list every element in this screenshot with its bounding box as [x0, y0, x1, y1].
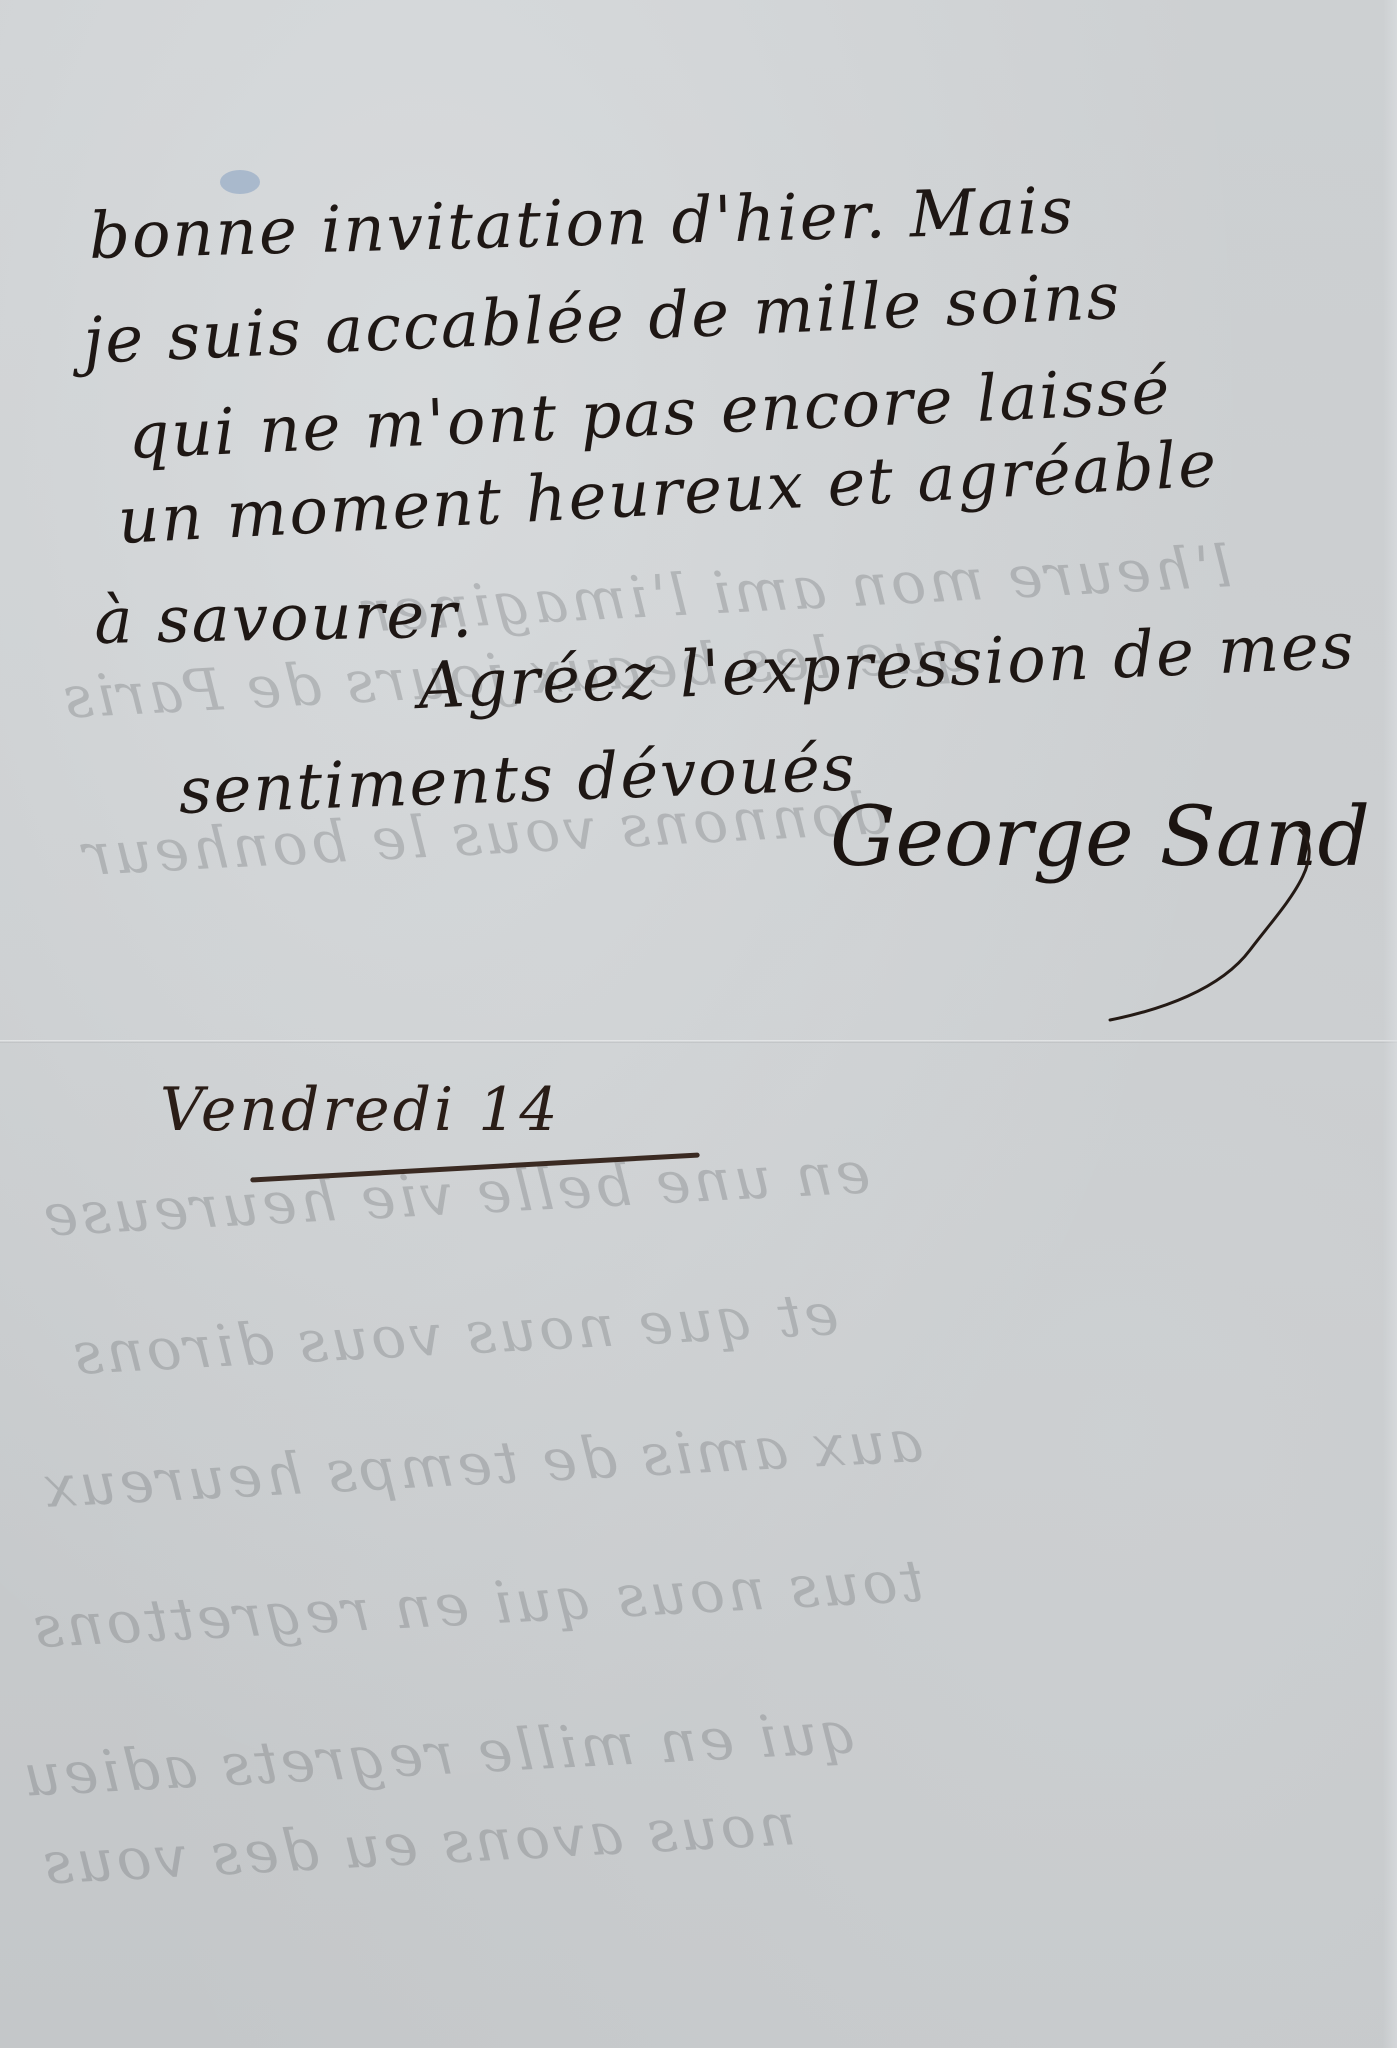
bleed-through-text: et que nous vous dirons [69, 1280, 840, 1388]
paper-fold [0, 1040, 1397, 1043]
paper-edge [1383, 0, 1397, 2048]
bleed-through-text: tous nous qui en regrettons [29, 1547, 925, 1662]
letter-line: à savourer. [94, 578, 475, 659]
bleed-through-text: en une belle vie heureuse [39, 1138, 872, 1249]
letter-page: l'heure mon ami l'imaginer que les beaux… [0, 0, 1397, 2048]
letter-line: je suis accablée de mille soins [82, 260, 1123, 379]
bleed-through-text: aux amis de temps heureux [39, 1407, 925, 1521]
letter-date: Vendredi 14 [160, 1075, 561, 1145]
signature-flourish-icon [1100, 820, 1340, 1040]
bleed-through-text: nous avons eu des vous [39, 1790, 798, 1897]
ink-blot [220, 170, 260, 194]
